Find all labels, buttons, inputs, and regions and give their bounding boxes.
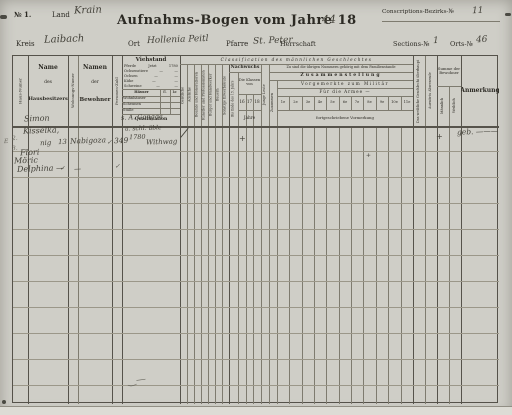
- row2-check-2: ✓: [115, 163, 120, 170]
- vieh-val: —: [174, 70, 178, 74]
- owner-name-line1: Simon: [24, 114, 50, 124]
- col-bewohner-l2: der: [78, 78, 112, 88]
- nachwuchs-year-17: 17: [246, 94, 253, 110]
- class-col-beamte: Beamte und Honoratioren: [194, 64, 201, 126]
- col-hausbesitzer-l1: Name: [28, 62, 68, 74]
- vieh-val: —: [156, 85, 160, 89]
- form-table: Haus-Numer Name des Hausbesitzers Wohnun…: [12, 55, 498, 403]
- col-bewohner-l1: Namen: [78, 62, 112, 74]
- vieh-val: —: [174, 85, 178, 89]
- viehstand-title: Viehstand: [122, 56, 180, 64]
- vieh-val: —: [154, 75, 158, 79]
- pfarre-label: Pfarre: [226, 40, 248, 48]
- row-line: [13, 229, 499, 230]
- land-value: Krain: [74, 5, 102, 17]
- margin-mark-3: 3.: [12, 145, 18, 152]
- col-wohnungs-numer: Wohnungs-Numer: [68, 56, 78, 126]
- row-line: [13, 203, 499, 204]
- row-line: [13, 255, 499, 256]
- conscription-value: 11: [472, 6, 484, 16]
- col-anmerkung: Anmerkung: [461, 56, 499, 126]
- vieh-name: Ochsenstiere: [124, 70, 148, 74]
- grid-line: [449, 86, 450, 404]
- ort-label: Ort: [128, 40, 140, 48]
- vieh-val: —: [159, 70, 163, 74]
- summe-plus-mark: +: [436, 132, 443, 141]
- row2-plus-mark: +: [366, 152, 371, 159]
- class-col-geistliche: Geistliche: [180, 64, 187, 126]
- entry-personen-zahl: 349: [114, 136, 129, 145]
- classification-title: Classification des männlichen Geschlecht…: [180, 56, 413, 64]
- military-cell-10: 10e: [388, 96, 401, 110]
- nachwuchs-year-18: 18: [253, 94, 261, 110]
- grid-line: [388, 126, 389, 404]
- class-col-adeliche: Adeliche: [187, 64, 194, 126]
- grid-line: [302, 126, 303, 404]
- row-line: [13, 359, 499, 360]
- vormerkung-line: fortgeschriebene Vormerkung: [277, 110, 413, 126]
- kreis-value: Laibach: [44, 33, 85, 45]
- vieh-jetzt: Jetzt: [148, 65, 156, 69]
- vorgemerkte-title: Vorgemerkte zum Militär: [277, 80, 413, 88]
- land-label: Land: [52, 11, 70, 19]
- grid-line: [314, 126, 315, 404]
- entry-bewohner-name: Nabigoza: [70, 135, 106, 145]
- vieh-sub-kr: kr.: [170, 89, 180, 96]
- row2-check-1: ✓: [60, 165, 65, 172]
- grid-line: [289, 126, 290, 404]
- vieh-1780: 1780: [169, 65, 178, 69]
- owner-name-line3: nig: [40, 139, 52, 147]
- row-line: [13, 385, 499, 386]
- form-title-year: 44: [322, 13, 336, 26]
- vieh-sub-head: Häuser: [123, 89, 160, 96]
- col-bewohner-l3: Bewohner: [78, 94, 112, 106]
- grid-line: [376, 126, 377, 404]
- orts-label: Orts-№: [450, 40, 473, 48]
- grid-line: [339, 126, 340, 404]
- row-line: [13, 333, 499, 334]
- herrschaft-label: Herrschaft: [280, 40, 316, 48]
- vieh-sub-fl: fl.: [160, 89, 170, 96]
- margin-mark-2: 2.: [12, 135, 18, 142]
- vieh-val: —: [174, 80, 178, 84]
- grid-line: [401, 126, 402, 404]
- row2-dash: —: [74, 165, 81, 173]
- military-note-line: Zu sind die übrigen Nummern gehörig mit …: [269, 64, 413, 72]
- margin-mark-e: E: [4, 138, 9, 145]
- vieh-val: —: [174, 75, 178, 79]
- anmerkung-note: geb. ———: [457, 126, 499, 136]
- class-col-bauern: Bauern: [215, 64, 222, 126]
- grid-line: [277, 80, 278, 404]
- row-line: [13, 307, 499, 308]
- col-hausbesitzer-l2: des: [28, 78, 68, 88]
- qualification-note-2: a. schl. üble: [125, 124, 162, 132]
- qualification-note-1: s. A. Gongga: [121, 112, 163, 121]
- col-weibliches-geschlecht: Das weibliche Geschlecht überhaupt: [413, 56, 425, 126]
- nachwuchs-title: Nachwuchs: [229, 64, 261, 72]
- row-line: [13, 177, 499, 178]
- class-plus-mark: +: [239, 134, 246, 143]
- class-col-buerger: Bürger und Handwerker: [208, 64, 215, 126]
- nachwuchs-span-label: Bis Ende des 15. Jahrs: [229, 72, 238, 126]
- military-cell-11: 11e: [401, 96, 413, 110]
- summe-title: Summe der Bewohner: [437, 56, 461, 86]
- military-cell-7: 7e: [351, 96, 363, 110]
- grid-line: [246, 94, 247, 404]
- scan-speck: [0, 15, 7, 19]
- col-junge-leute: Junge Leute: [261, 64, 269, 126]
- owner-name-line2: Kisselka,: [23, 125, 59, 135]
- vieh-name: Kühe: [124, 80, 133, 84]
- summe-weiblich: Weiblich: [449, 86, 461, 126]
- zusammenstellung-title: Zusammenstellung: [269, 72, 413, 80]
- military-cell-1: 1e: [277, 96, 289, 110]
- scanned-form: № 1. Land Krain Conscriptions-Bezirks-№ …: [0, 0, 512, 415]
- grid-line: [78, 56, 79, 404]
- form-title: Aufnahms-Bogen vom Jahre 18: [117, 13, 357, 28]
- military-cell-2: 2e: [289, 96, 302, 110]
- row-line: [13, 281, 499, 282]
- kreis-label: Kreis: [16, 40, 35, 48]
- military-cell-8: 8e: [363, 96, 376, 110]
- summe-maennlich: Männlich: [437, 86, 449, 126]
- entry-wohnung-numer: 13: [58, 138, 67, 146]
- conscription-label: Conscriptions-Bezirks-№: [382, 9, 454, 15]
- vieh-name: Ochsen: [124, 75, 138, 79]
- nachwuchs-year-16: 16: [238, 94, 246, 110]
- vieh-val: —: [152, 80, 156, 84]
- col-hausbesitzer-l3: Hausbesitzers: [28, 94, 68, 106]
- header-bottom-line: [13, 126, 499, 128]
- grid-line: [253, 94, 254, 404]
- qualification-note-4: Withwag: [146, 137, 178, 146]
- col-zusammen: Zusammen: [269, 80, 277, 126]
- entry-check: ✓: [107, 139, 112, 146]
- grid-line: [351, 126, 352, 404]
- col-auswaerts-abwesende: Auswärts Abwesende: [425, 56, 437, 126]
- grid-line: [363, 126, 364, 404]
- row2-name-3: Delphina —: [17, 163, 64, 174]
- nachwuchs-jahre: Jahre: [238, 110, 261, 126]
- sections-label: Sections-№: [393, 40, 429, 48]
- scan-bottom-edge: [0, 406, 512, 415]
- military-cell-4: 4e: [314, 96, 326, 110]
- qualification-note-3: 1780: [129, 133, 146, 142]
- grid-line: [326, 126, 327, 404]
- orts-value: 46: [476, 35, 488, 45]
- military-cell-3: 3e: [302, 96, 314, 110]
- conscription-underline: [382, 21, 500, 22]
- vieh-name: Pferde: [124, 65, 136, 69]
- fuer-die-armee: Für die Armee —: [277, 88, 413, 96]
- row-line: [13, 151, 499, 152]
- military-cell-6: 6e: [339, 96, 351, 110]
- grid-line: [28, 56, 29, 404]
- class-col-kuenstler: Künstler und Professionisten: [201, 64, 208, 126]
- sections-value: 1: [433, 36, 439, 46]
- form-number: № 1.: [14, 10, 31, 19]
- military-cell-9: 9e: [376, 96, 388, 110]
- scan-speck: [505, 13, 511, 16]
- vieh-name: Schweine: [124, 85, 142, 89]
- class-col-sonstige: Sonstige Erwerbsleute: [222, 64, 229, 126]
- scan-speck: [2, 400, 6, 404]
- nachwuchs-klassen: Die Klassen von: [238, 72, 261, 94]
- military-cell-5: 5e: [326, 96, 339, 110]
